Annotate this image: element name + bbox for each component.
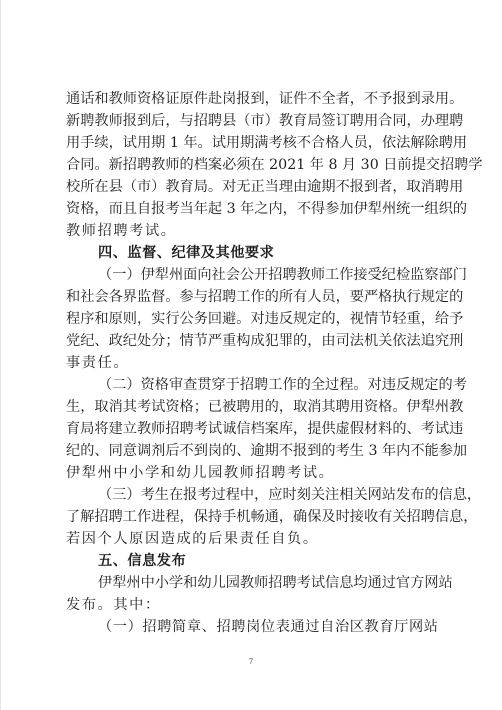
page-number: 7 — [246, 657, 256, 666]
text-line: （二）资格审查贯穿于招聘工作的全过程。对违反规定的考 — [66, 374, 438, 396]
text-line: （三）考生在报考过程中，应时刻关注相关网站发布的信息， — [66, 484, 438, 506]
text-line: 资格，而且自报考当年起 3 年之内，不得参加伊犁州统一组织的 — [66, 198, 438, 220]
document-page: 通话和教师资格证原件赴岗报到，证件不全者，不予报到录用。新聘教师报到后，与招聘县… — [0, 0, 502, 710]
text-line: 党纪、政纪处分；情节严重构成犯罪的，由司法机关依法追究刑 — [66, 330, 438, 352]
text-line: 程序和原则，实行公务回避。对违反规定的，视情节轻重，给予 — [66, 308, 438, 330]
text-line: 通话和教师资格证原件赴岗报到，证件不全者，不予报到录用。 — [66, 88, 438, 110]
text-line: 教师招聘考试。 — [66, 220, 438, 242]
text-line: 伊犁州中小学和幼儿园教师招聘考试。 — [66, 462, 438, 484]
text-line: 纪的、同意调剂后不到岗的、逾期不报到的考生 3 年内不能参加 — [66, 440, 438, 462]
text-line: 了解招聘工作进程，保持手机畅通，确保及时接收有关招聘信息， — [66, 506, 438, 528]
section-heading: 四、监督、纪律及其他要求 — [66, 242, 438, 264]
text-line: 校所在县（市）教育局。对无正当理由逾期不报到者，取消聘用 — [66, 176, 438, 198]
document-body: 通话和教师资格证原件赴岗报到，证件不全者，不予报到录用。新聘教师报到后，与招聘县… — [66, 88, 438, 638]
text-line: 生，取消其考试资格；已被聘用的，取消其聘用资格。伊犁州教 — [66, 396, 438, 418]
text-line: （一）伊犁州面向社会公开招聘教师工作接受纪检监察部门 — [66, 264, 438, 286]
text-line: 伊犁州中小学和幼儿园教师招聘考试信息均通过官方网站 — [66, 572, 438, 594]
text-line: （一）招聘简章、招聘岗位表通过自治区教育厅网站 — [66, 616, 438, 638]
text-line: 合同。新招聘教师的档案必须在 2021 年 8 月 30 日前提交招聘学 — [66, 154, 438, 176]
page-edge — [0, 0, 1, 710]
text-line: 育局将建立教师招聘考试诚信档案库，提供虚假材料的、考试违 — [66, 418, 438, 440]
text-line: 和社会各界监督。参与招聘工作的所有人员，要严格执行规定的 — [66, 286, 438, 308]
section-heading: 五、信息发布 — [66, 550, 438, 572]
text-line: 用手续，试用期 1 年。试用期满考核不合格人员，依法解除聘用 — [66, 132, 438, 154]
text-line: 发布。其中： — [66, 594, 438, 616]
text-line: 事责任。 — [66, 352, 438, 374]
text-line: 新聘教师报到后，与招聘县（市）教育局签订聘用合同，办理聘 — [66, 110, 438, 132]
text-line: 若因个人原因造成的后果责任自负。 — [66, 528, 438, 550]
